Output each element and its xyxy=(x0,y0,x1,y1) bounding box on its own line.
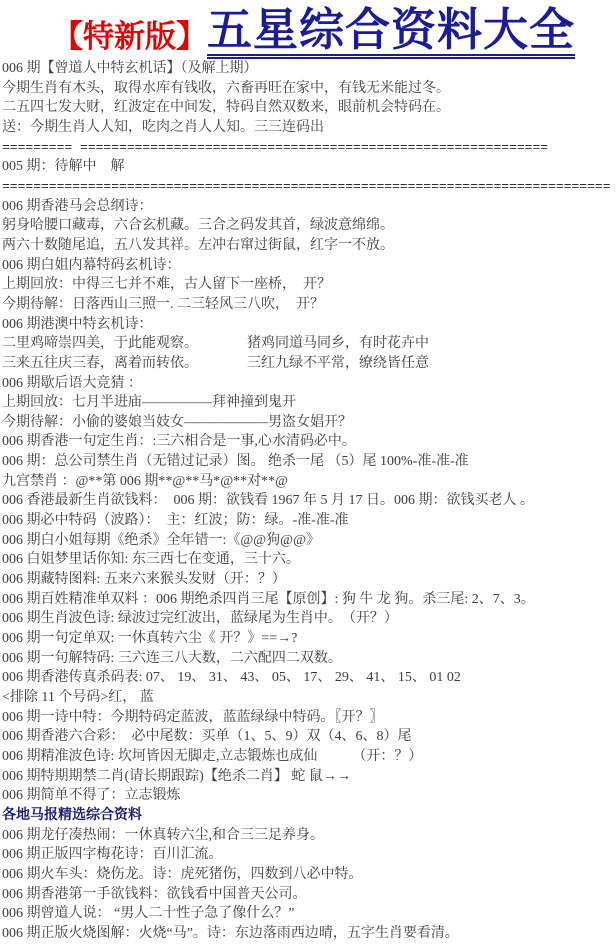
doc-line: 006 期曾道人说： “男人二十性子急了像什么？” xyxy=(2,904,616,924)
doc-line: 今期待解：日落西山三照一. 二三轻风三八吹， 开？ xyxy=(2,295,616,315)
doc-line: 躬身哈腰口藏毒，六合玄机藏。三合之码发其首，绿波意绵绵。 xyxy=(2,216,616,236)
page: { "header": { "badge": "【特新版】", "title":… xyxy=(0,0,616,944)
doc-line: 006 期简单不得了：立志锻炼 xyxy=(2,786,616,806)
doc-line: 006 期一诗中特：今期特码定蓝波，蓝蓝绿绿中特码。〖开？〗 xyxy=(2,708,616,728)
doc-line: 006 期火车头：烧伤龙。诗：虎死猪伤，四数到八必中特。 xyxy=(2,865,616,885)
doc-line: 006 期香港第一手欲钱料：欲钱看中国普天公司。 xyxy=(2,885,616,905)
doc-line: 送：今期生肖人人知，吃肉之肖人人知。三三连码出 xyxy=(2,118,616,138)
doc-line: 006 期必中特码（波路）： 主：红波；防：绿。-准-准-准 xyxy=(2,511,616,531)
doc-line: 005 期：待解中 解 xyxy=(2,157,616,177)
doc-line: 006 香港最新生肖欲钱料： 006 期：欲钱看 1967 年 5 月 17 日… xyxy=(2,491,616,511)
doc-line: 九宫禁肖 ：@**第 006 期**@**马*@**对**@ xyxy=(2,472,616,492)
doc-line: 006 期正版四字梅花诗：百川汇流。 xyxy=(2,845,616,865)
doc-line: 上期回放：七月半进庙—————拜神撞到鬼开 xyxy=(2,393,616,413)
page-header: 【特新版】 五星综合资料大全 xyxy=(0,0,616,59)
separator-line: ========================================… xyxy=(2,177,616,197)
doc-line: 006 期生肖波色诗: 绿波过完红波出，蓝绿尾为生肖中。 （开？） xyxy=(2,609,616,629)
doc-line: 006 期香港一句定生肖：:三六相合是一事,心水清码必中。 xyxy=(2,432,616,452)
doc-line: 两六十数随尾追，五八发其祥。左冲右窜过街鼠，红字一不放。 xyxy=(2,236,616,256)
doc-line: 今期待解：小偷的婆娘当妓女——————男盗女娼开？ xyxy=(2,413,616,433)
page-title: 五星综合资料大全 xyxy=(207,8,575,59)
doc-line: 006 期百姓精准单双料 ：006 期绝杀四肖三尾【原创】: 狗 牛 龙 狗。杀… xyxy=(2,590,616,610)
document-body: 006 期【曾道人中特玄机话】（及解上期）今期生肖有木头，取得水库有钱收，六畜再… xyxy=(0,59,616,944)
separator-line: ========= ==============================… xyxy=(2,138,616,158)
doc-line: 006 期龙仔凑热闹：一休真转六尘,和合三三足养身。 xyxy=(2,826,616,846)
doc-line: 三来五往庆三春，离着而转依。 三红九绿不平常，缭绕皆任意 xyxy=(2,354,616,374)
doc-line: <排除 11 个号码>红， 蓝 xyxy=(2,688,616,708)
doc-line: 006 期特期期禁二肖(请长期跟踪)【绝杀二肖】 蛇 鼠→→ xyxy=(2,767,616,787)
doc-line: 006 期港澳中特玄机诗： xyxy=(2,315,616,335)
doc-line: 006 期香港传真杀码表: 07、 19、 31、 43、 05、 17、 29… xyxy=(2,668,616,688)
doc-line: 上期回放：中得三七并不难，古人留下一座桥， 开？ xyxy=(2,275,616,295)
doc-line: 006 期：总公司禁生肖（无错过记录）图。 绝杀一尾 （5）尾 100%-准-准… xyxy=(2,452,616,472)
doc-line: 006 期藏特图料: 五来六来猴头发财（开：？） xyxy=(2,570,616,590)
doc-line: 006 期歇后语大竞猜 ： xyxy=(2,374,616,394)
doc-line: 006 期【曾道人中特玄机话】（及解上期） xyxy=(2,59,616,79)
doc-line: 二里鸡啼崇四美，于此能观察。 猪鸡同道马同乡，有时花卉中 xyxy=(2,334,616,354)
doc-line: 006 白姐梦里话你知: 东三西七在变通，三十六。 xyxy=(2,550,616,570)
edition-badge: 【特新版】 xyxy=(52,21,207,59)
doc-line: 006 期白姐内幕特码玄机诗： xyxy=(2,256,616,276)
doc-line: 006 期一句解特码: 三六连三八大数，二六配四二双数。 xyxy=(2,649,616,669)
doc-line: 006 期香港马会总纲诗： xyxy=(2,197,616,217)
doc-line: 006 期正版火烧图解：火烧“马”。诗：东边落雨西边晴，五字生肖要看清。 xyxy=(2,924,616,944)
doc-line: 006 期白小姐每期《绝杀》全年错一:《@@狗@@》 xyxy=(2,531,616,551)
doc-line: 006 期一句定单双: 一休真转六尘《 开？》==→? xyxy=(2,629,616,649)
doc-line: 006 期精准波色诗: 坎坷皆因无脚走,立志锻炼也成仙 （开：？） xyxy=(2,747,616,767)
doc-line: 006 期香港六合彩： 必中尾数：买单（1、5、9）双（4、6、8）尾 xyxy=(2,727,616,747)
doc-line: 二五四七发大财，红波定在中间发，特码自然双数来，眼前机会特码在。 xyxy=(2,98,616,118)
doc-line: 今期生肖有木头，取得水库有钱收，六畜再旺在家中，有钱无米能过冬。 xyxy=(2,79,616,99)
section-header: 各地马报精选综合资料 xyxy=(2,806,616,826)
